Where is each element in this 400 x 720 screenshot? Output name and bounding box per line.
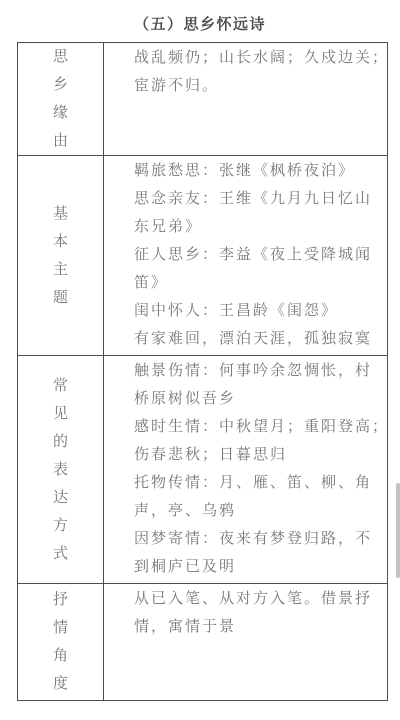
- row-header-cell: 抒情角度: [18, 584, 104, 700]
- header-char: 由: [53, 127, 68, 155]
- content-line: 征人思乡：李益《夜上受降城闻: [134, 241, 387, 269]
- table-row: 抒情角度从已入笔、从对方入笔。借景抒情，寓情于景: [18, 584, 387, 701]
- content-line: 东兄弟》: [134, 213, 387, 241]
- header-char: 式: [53, 540, 68, 568]
- row-header-cell: 常见的表达方式: [18, 356, 104, 583]
- row-content-cell: 战乱频仍；山长水阔；久戍边关；宦游不归。: [104, 43, 387, 155]
- content-line: 宦游不归。: [134, 72, 387, 100]
- content-line: 伤春悲秋；日暮思归: [134, 441, 387, 469]
- header-char: 本: [53, 228, 68, 256]
- content-line: 桥原树似吾乡: [134, 385, 387, 413]
- document-page: （五）思乡怀远诗 思乡缘由战乱频仍；山长水阔；久戍边关；宦游不归。基本主题羁旅愁…: [0, 0, 400, 34]
- header-char: 主: [53, 256, 68, 284]
- table-row: 常见的表达方式触景伤情：何事吟余忽惆怅，村桥原树似吾乡感时生情：中秋望月；重阳登…: [18, 356, 387, 584]
- header-char: 抒: [53, 586, 68, 614]
- row-header-cell: 基本主题: [18, 156, 104, 355]
- content-line: 有家难回，漂泊天涯，孤独寂寞: [134, 325, 387, 353]
- content-line: 羁旅愁思：张继《枫桥夜泊》: [134, 157, 387, 185]
- header-char: 方: [53, 512, 68, 540]
- content-line: 从已入笔、从对方入笔。借景抒: [134, 585, 387, 613]
- header-char: 度: [53, 670, 68, 698]
- header-char: 达: [53, 484, 68, 512]
- page-title: （五）思乡怀远诗: [0, 0, 400, 34]
- header-char: 情: [53, 614, 68, 642]
- content-line: 触景伤情：何事吟余忽惆怅，村: [134, 357, 387, 385]
- content-line: 笛》: [134, 269, 387, 297]
- header-char: 角: [53, 642, 68, 670]
- content-line: 情，寓情于景: [134, 613, 387, 641]
- header-char: 常: [53, 372, 68, 400]
- content-line: 声，亭、乌鸦: [134, 497, 387, 525]
- header-char: 思: [53, 43, 68, 71]
- content-line: 闺中怀人：王昌龄《闺怨》: [134, 297, 387, 325]
- row-content-cell: 从已入笔、从对方入笔。借景抒情，寓情于景: [104, 584, 387, 700]
- header-char: 的: [53, 428, 68, 456]
- header-char: 表: [53, 456, 68, 484]
- content-line: 到桐庐已及明: [134, 553, 387, 581]
- header-char: 乡: [53, 71, 68, 99]
- header-char: 缘: [53, 99, 68, 127]
- header-char: 见: [53, 400, 68, 428]
- content-line: 战乱频仍；山长水阔；久戍边关；: [134, 44, 387, 72]
- row-content-cell: 触景伤情：何事吟余忽惆怅，村桥原树似吾乡感时生情：中秋望月；重阳登高；伤春悲秋；…: [104, 356, 387, 583]
- row-content-cell: 羁旅愁思：张继《枫桥夜泊》思念亲友：王维《九月九日忆山东兄弟》征人思乡：李益《夜…: [104, 156, 387, 355]
- header-char: 题: [53, 284, 68, 312]
- row-header-cell: 思乡缘由: [18, 43, 104, 155]
- header-char: 基: [53, 200, 68, 228]
- content-line: 托物传情：月、雁、笛、柳、角: [134, 469, 387, 497]
- poetry-theme-table: 思乡缘由战乱频仍；山长水阔；久戍边关；宦游不归。基本主题羁旅愁思：张继《枫桥夜泊…: [17, 42, 388, 701]
- scrollbar-thumb[interactable]: [396, 483, 400, 578]
- table-row: 基本主题羁旅愁思：张继《枫桥夜泊》思念亲友：王维《九月九日忆山东兄弟》征人思乡：…: [18, 156, 387, 356]
- content-line: 思念亲友：王维《九月九日忆山: [134, 185, 387, 213]
- content-line: 感时生情：中秋望月；重阳登高；: [134, 413, 387, 441]
- content-line: 因梦寄情：夜来有梦登归路，不: [134, 525, 387, 553]
- table-row: 思乡缘由战乱频仍；山长水阔；久戍边关；宦游不归。: [18, 43, 387, 156]
